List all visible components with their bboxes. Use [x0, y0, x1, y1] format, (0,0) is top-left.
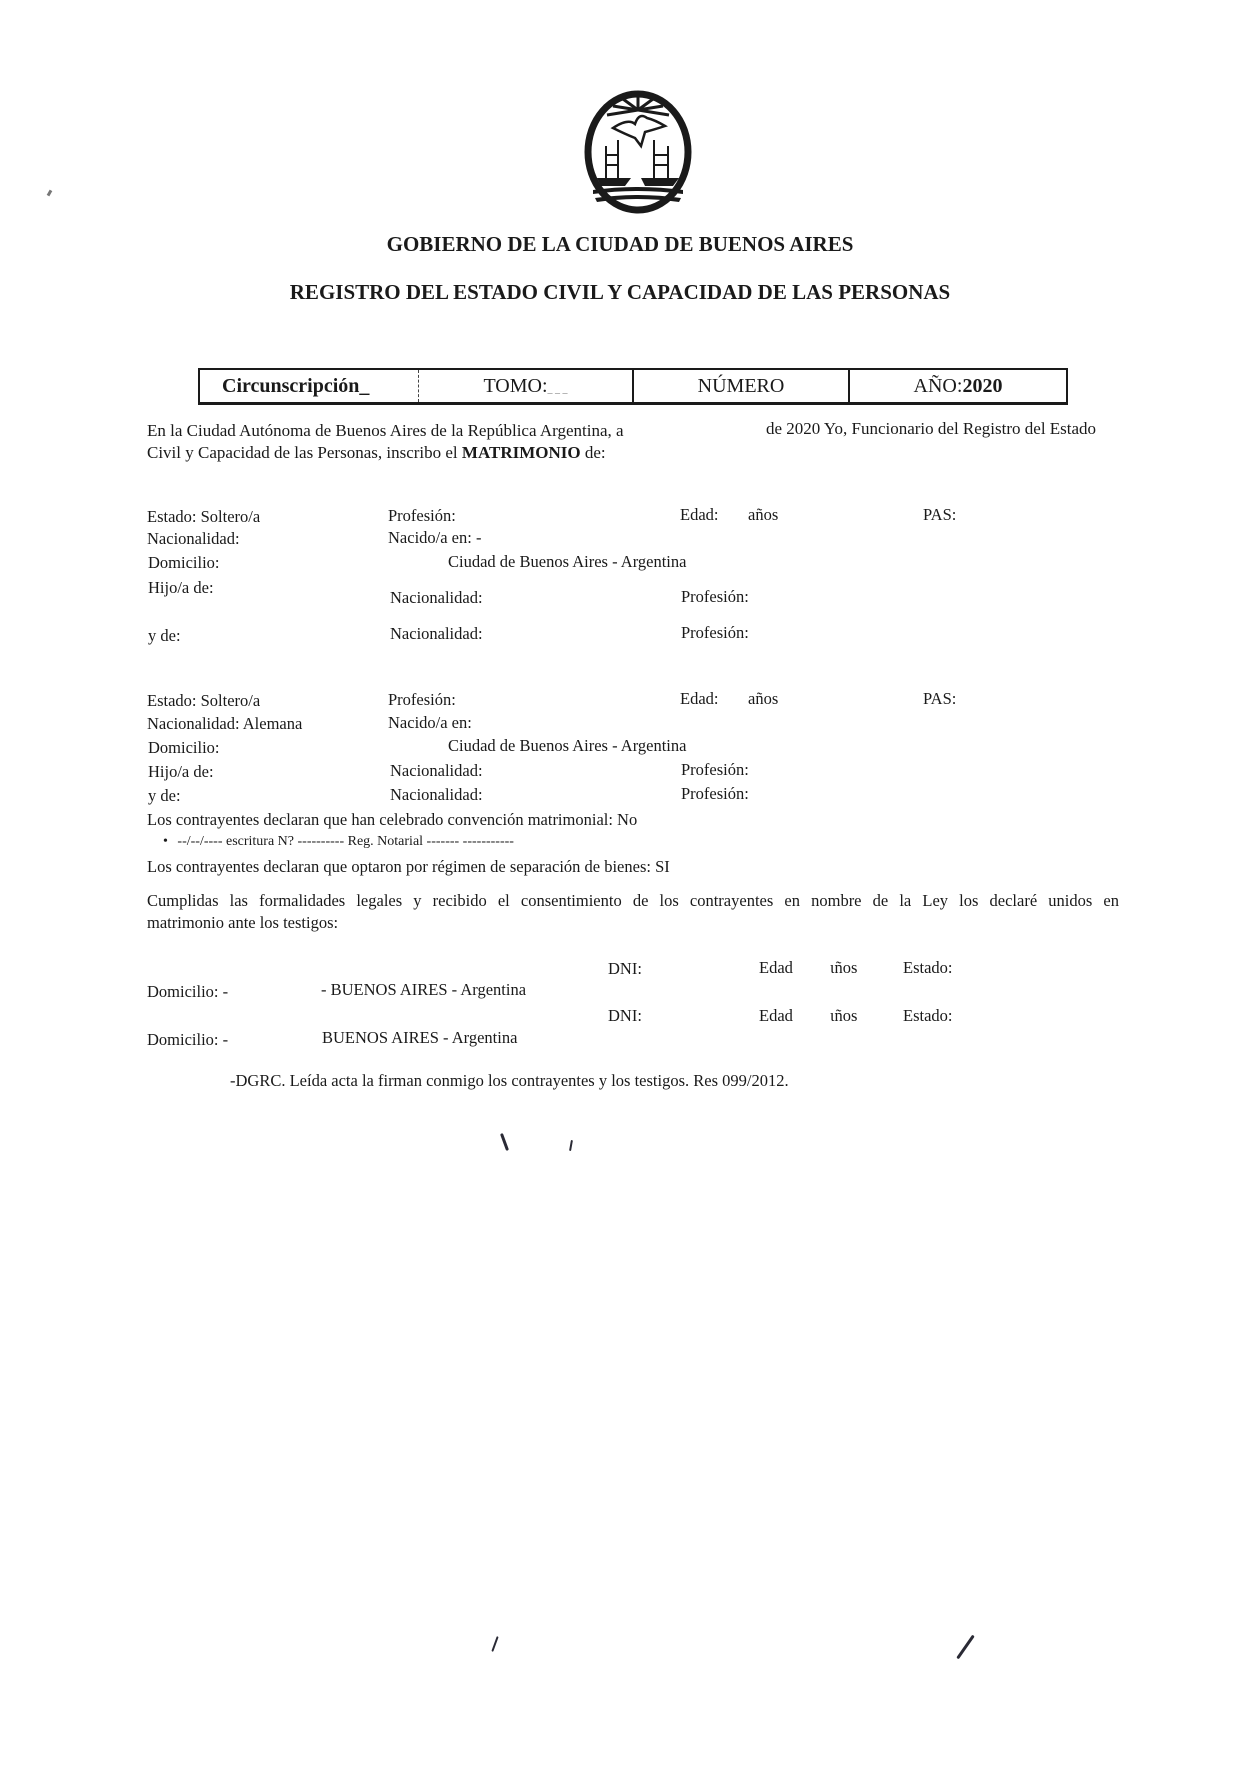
tomo-field: TOMO:_ _ _: [418, 370, 632, 402]
spouse-1-anios: años: [748, 505, 778, 525]
matrimonio-label: MATRIMONIO: [462, 443, 581, 462]
spouse-1-madre-profesion: Profesión:: [681, 623, 749, 643]
spouse-1-edad: Edad:: [680, 505, 719, 525]
circunscripcion-field: Circunscripción_: [200, 370, 418, 402]
witness-1-dni: DNI:: [608, 959, 642, 979]
spouse-2-domicilio-value: Ciudad de Buenos Aires - Argentina: [448, 736, 686, 756]
spouse-1-y-de: y de:: [148, 626, 181, 646]
witness-2-edad: Edad: [759, 1006, 793, 1026]
spouse-2-anios: años: [748, 689, 778, 709]
spouse-2-domicilio: Domicilio:: [148, 738, 220, 758]
spouse-1-padre-nacionalidad: Nacionalidad:: [390, 588, 483, 608]
closing-line-2: matrimonio ante los testigos:: [147, 913, 338, 933]
intro-line-1-right: de 2020 Yo, Funcionario del Registro del…: [766, 419, 1096, 439]
spouse-1-profesion: Profesión:: [388, 506, 456, 526]
bullet-icon: •: [163, 834, 168, 849]
witness-1-edad: Edad: [759, 958, 793, 978]
spouse-2-madre-nacionalidad: Nacionalidad:: [390, 785, 483, 805]
convencion-declaration: Los contrayentes declaran que han celebr…: [147, 810, 637, 830]
separacion-bienes-declaration: Los contrayentes declaran que optaron po…: [147, 857, 670, 877]
witness-1-domicilio-value: - BUENOS AIRES - Argentina: [321, 980, 526, 1000]
tomo-label: TOMO:: [483, 375, 547, 397]
spouse-2-edad: Edad:: [680, 689, 719, 709]
witness-1-estado: Estado:: [903, 958, 953, 978]
spouse-2-madre-profesion: Profesión:: [681, 784, 749, 804]
spouse-2-nacionalidad: Nacionalidad: Alemana: [147, 714, 302, 734]
witness-2-dni: DNI:: [608, 1006, 642, 1026]
tomo-blank: _ _ _: [548, 384, 568, 395]
spouse-2-pas: PAS:: [923, 689, 956, 709]
intro-line-2-suffix: de:: [585, 443, 606, 462]
spouse-1-padre-profesion: Profesión:: [681, 587, 749, 607]
spouse-1-domicilio-value: Ciudad de Buenos Aires - Argentina: [448, 552, 686, 572]
record-header-box: Circunscripción_ TOMO:_ _ _ NÚMERO AÑO:2…: [198, 368, 1068, 405]
spouse-1-pas: PAS:: [923, 505, 956, 525]
spouse-2-hijo-de: Hijo/a de:: [148, 762, 214, 782]
anio-label: AÑO:: [914, 375, 963, 397]
spouse-1-domicilio: Domicilio:: [148, 553, 220, 573]
government-title: GOBIERNO DE LA CIUDAD DE BUENOS AIRES: [0, 232, 1240, 257]
spouse-1-hijo-de: Hijo/a de:: [148, 578, 214, 598]
coat-of-arms-icon: [583, 90, 693, 215]
spouse-2-nacido-en: Nacido/a en:: [388, 713, 472, 733]
escritura-line: • --/--/---- escritura N? ---------- Reg…: [163, 834, 514, 850]
spouse-2-profesion: Profesión:: [388, 690, 456, 710]
witness-2-domicilio: Domicilio: -: [147, 1030, 228, 1050]
spouse-1-estado: Estado: Soltero/a: [147, 507, 260, 527]
spouse-2-padre-nacionalidad: Nacionalidad:: [390, 761, 483, 781]
witness-2-estado: Estado:: [903, 1006, 953, 1026]
anio-value: 2020: [962, 375, 1002, 397]
spouse-1-madre-nacionalidad: Nacionalidad:: [390, 624, 483, 644]
scan-speck: [47, 190, 53, 197]
witness-2-anios: ιños: [830, 1006, 857, 1026]
footer-note: -DGRC. Leída acta la firman conmigo los …: [230, 1071, 789, 1091]
numero-field: NÚMERO: [632, 370, 848, 402]
spouse-1-nacionalidad: Nacionalidad:: [147, 529, 240, 549]
intro-line-2: Civil y Capacidad de las Personas, inscr…: [147, 443, 606, 463]
closing-line-1: Cumplidas las formalidades legales y rec…: [147, 891, 1119, 911]
intro-line-1: En la Ciudad Autónoma de Buenos Aires de…: [147, 421, 624, 441]
witness-2-domicilio-value: BUENOS AIRES - Argentina: [322, 1028, 517, 1048]
spouse-2-y-de: y de:: [148, 786, 181, 806]
intro-line-2-text: Civil y Capacidad de las Personas, inscr…: [147, 443, 458, 462]
escritura-text: --/--/---- escritura N? ---------- Reg. …: [177, 834, 514, 849]
spouse-2-padre-profesion: Profesión:: [681, 760, 749, 780]
spouse-1-nacido-en: Nacido/a en: -: [388, 528, 481, 548]
witness-1-domicilio: Domicilio: -: [147, 982, 228, 1002]
registry-title: REGISTRO DEL ESTADO CIVIL Y CAPACIDAD DE…: [0, 280, 1240, 305]
witness-1-anios: ιños: [830, 958, 857, 978]
anio-field: AÑO:2020: [848, 370, 1066, 402]
spouse-2-estado: Estado: Soltero/a: [147, 691, 260, 711]
